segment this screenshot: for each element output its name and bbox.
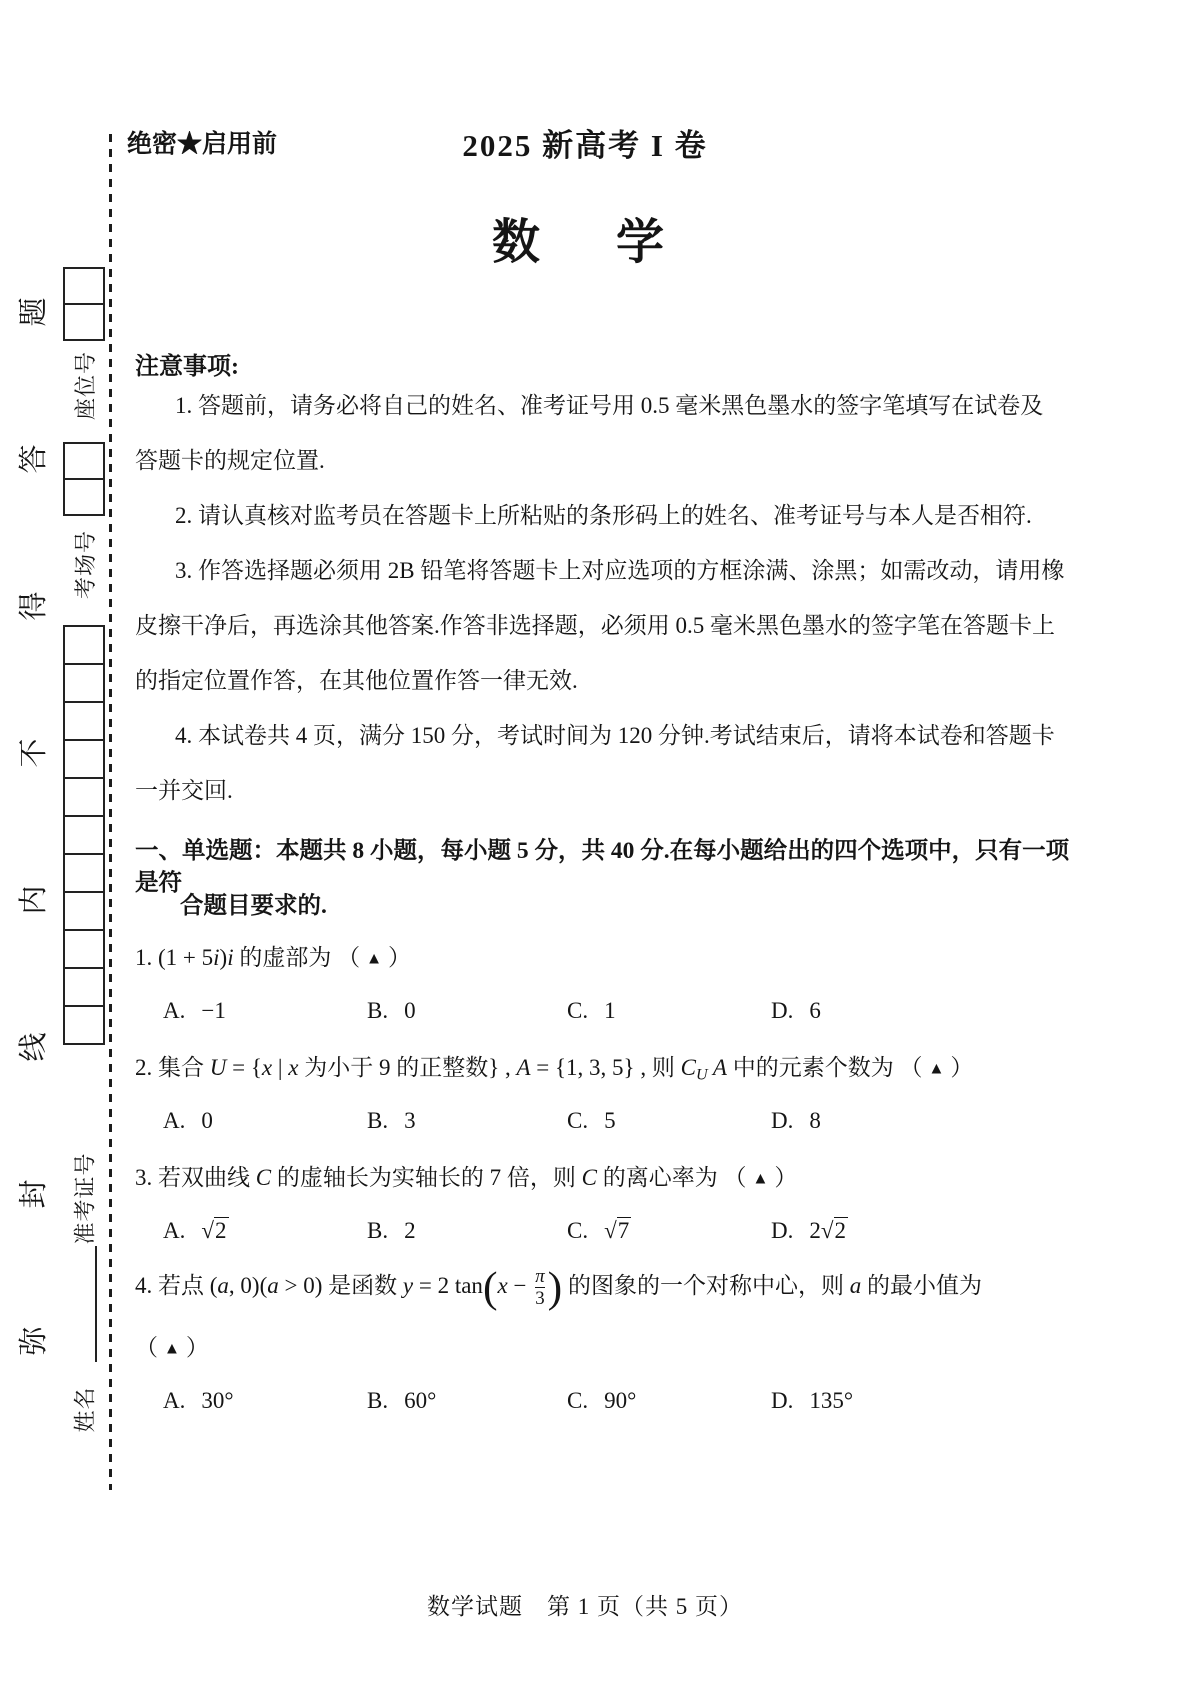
option-a: A.30°	[163, 1388, 234, 1414]
seat-number-boxes	[63, 267, 105, 341]
option-label: B.	[367, 1218, 388, 1243]
option-label: C.	[567, 998, 588, 1023]
grid-cell	[65, 703, 103, 741]
grid-cell	[65, 741, 103, 779]
option-label: D.	[771, 1218, 793, 1243]
option-value: 2√2	[809, 1217, 848, 1243]
option-value: 0	[201, 1108, 213, 1133]
notice-line: 4. 本试卷共 4 页，满分 150 分，考试时间为 120 分钟.考试结束后，…	[135, 720, 1110, 751]
question-3-options: A.√2 B.2 C.√7 D.2√2	[135, 1218, 1070, 1258]
section-heading-line1: 一、单选题：本题共 8 小题，每小题 5 分，共 40 分.在每小题给出的四个选…	[135, 836, 1070, 899]
grid-cell	[65, 627, 103, 665]
option-label: B.	[367, 998, 388, 1023]
option-label: A.	[163, 998, 185, 1023]
option-d: D.8	[771, 1108, 821, 1134]
name-label-text: 姓名	[68, 1386, 99, 1432]
option-d: D.6	[771, 998, 821, 1024]
seat-number-label: 座位号	[58, 348, 110, 422]
option-value: √2	[201, 1217, 228, 1243]
seal-text-char: 得	[16, 588, 52, 624]
exam-title: 2025 新高考 I 卷	[90, 120, 1080, 165]
subject-title: 数 学	[90, 203, 1080, 272]
grid-cell	[65, 1007, 103, 1043]
seal-text-char: 题	[16, 294, 52, 330]
option-c: C.√7	[567, 1218, 631, 1244]
option-a: A.√2	[163, 1218, 229, 1244]
option-value: 2	[404, 1218, 416, 1243]
option-value: 6	[809, 998, 821, 1023]
option-label: A.	[163, 1388, 185, 1413]
option-a: A.−1	[163, 998, 226, 1024]
option-label: D.	[771, 998, 793, 1023]
name-label: 姓名	[58, 1378, 110, 1440]
option-d: D.2√2	[771, 1218, 848, 1244]
admission-ticket-number-boxes	[63, 625, 105, 1045]
question-1-options: A.−1 B.0 C.1 D.6	[135, 998, 1070, 1038]
option-b: B.0	[367, 998, 416, 1024]
option-label: A.	[163, 1218, 185, 1243]
option-b: B.2	[367, 1218, 416, 1244]
option-b: B.3	[367, 1108, 416, 1134]
square-root: √7	[604, 1217, 631, 1243]
option-label: C.	[567, 1108, 588, 1133]
question-2-options: A.0 B.3 C.5 D.8	[135, 1108, 1070, 1148]
grid-cell	[65, 931, 103, 969]
option-value: 5	[604, 1108, 616, 1133]
question-1-stem: 1. (1 + 5i)i 的虚部为 （ ▲ ）	[135, 942, 1070, 973]
option-c: C.90°	[567, 1388, 636, 1414]
seal-text-char: 线	[16, 1029, 52, 1065]
question-4-answer-blank: （ ▲ ）	[135, 1332, 1070, 1363]
notice-line: 的指定位置作答，在其他位置作答一律无效.	[135, 665, 1070, 696]
square-root: √2	[821, 1217, 848, 1243]
option-c: C.5	[567, 1108, 616, 1134]
seal-dashed-line	[109, 134, 112, 1490]
grid-cell	[65, 893, 103, 931]
option-value: 0	[404, 998, 416, 1023]
option-value: 3	[404, 1108, 416, 1133]
exam-room-number-boxes	[63, 442, 105, 516]
option-a: A.0	[163, 1108, 213, 1134]
notice-line: 3. 作答选择题必须用 2B 铅笔将答题卡上对应选项的方框涂满、涂黑；如需改动，…	[135, 555, 1110, 586]
grid-cell	[65, 817, 103, 855]
option-label: B.	[367, 1388, 388, 1413]
notice-line: 答题卡的规定位置.	[135, 445, 1070, 476]
option-d: D.135°	[771, 1388, 853, 1414]
grid-cell	[65, 480, 103, 514]
question-2-stem: 2. 集合 U = {x | x 为小于 9 的正整数} , A = {1, 3…	[135, 1052, 1070, 1086]
admission-ticket-number-label-text: 准考证号	[69, 1152, 100, 1244]
question-4-options: A.30° B.60° C.90° D.135°	[135, 1388, 1070, 1428]
question-4-stem: 4. 若点 (a, 0)(a > 0) 是函数 y = 2 tan(x − π3…	[135, 1266, 1070, 1309]
exam-paper-page: 题 答 得 不 内 线 封 弥 座位号 考场号 准考证号 姓名 绝密★启用前 2…	[0, 0, 1190, 1683]
seal-text-char: 内	[16, 882, 52, 918]
option-c: C.1	[567, 998, 616, 1024]
seal-text-char: 答	[16, 441, 52, 477]
option-value: √7	[604, 1217, 631, 1243]
notice-heading: 注意事项:	[135, 346, 239, 381]
option-label: A.	[163, 1108, 185, 1133]
option-label: B.	[367, 1108, 388, 1133]
notice-line: 一并交回.	[135, 775, 1070, 806]
section-heading-line2: 合题目要求的.	[135, 891, 1115, 923]
notice-line: 1. 答题前，请务必将自己的姓名、准考证号用 0.5 毫米黑色墨水的签字笔填写在…	[135, 390, 1110, 421]
seal-text-char: 不	[16, 735, 52, 771]
grid-cell	[65, 779, 103, 817]
option-label: C.	[567, 1218, 588, 1243]
exam-room-number-label: 考场号	[58, 522, 110, 606]
option-value: 135°	[809, 1388, 853, 1413]
grid-cell	[65, 969, 103, 1007]
question-3-stem: 3. 若双曲线 C 的虚轴长为实轴长的 7 倍，则 C 的离心率为 （ ▲ ）	[135, 1162, 1070, 1193]
admission-ticket-number-label: 准考证号	[58, 1146, 110, 1250]
name-blank-line	[95, 1246, 97, 1362]
option-value: 90°	[604, 1388, 636, 1413]
fraction: π3	[535, 1266, 544, 1309]
option-b: B.60°	[367, 1388, 436, 1414]
notice-line: 皮擦干净后，再选涂其他答案.作答非选择题，必须用 0.5 毫米黑色墨水的签字笔在…	[135, 610, 1070, 641]
seal-text-char: 封	[16, 1176, 52, 1212]
grid-cell	[65, 269, 103, 305]
grid-cell	[65, 855, 103, 893]
notice-line: 2. 请认真核对监考员在答题卡上所粘贴的条形码上的姓名、准考证号与本人是否相符.	[135, 500, 1110, 531]
option-label: D.	[771, 1108, 793, 1133]
page-footer: 数学试题 第 1 页（共 5 页）	[90, 1588, 1080, 1621]
option-label: C.	[567, 1388, 588, 1413]
grid-cell	[65, 305, 103, 339]
grid-cell	[65, 444, 103, 480]
option-value: 8	[809, 1108, 821, 1133]
seat-number-label-text: 座位号	[69, 350, 100, 419]
grid-cell	[65, 665, 103, 703]
option-value: 60°	[404, 1388, 436, 1413]
option-value: 30°	[201, 1388, 233, 1413]
option-label: D.	[771, 1388, 793, 1413]
option-value: 1	[604, 998, 616, 1023]
option-value: −1	[201, 998, 225, 1023]
seal-text-char: 弥	[16, 1323, 52, 1359]
exam-room-number-label-text: 考场号	[69, 529, 100, 598]
square-root: √2	[201, 1217, 228, 1243]
